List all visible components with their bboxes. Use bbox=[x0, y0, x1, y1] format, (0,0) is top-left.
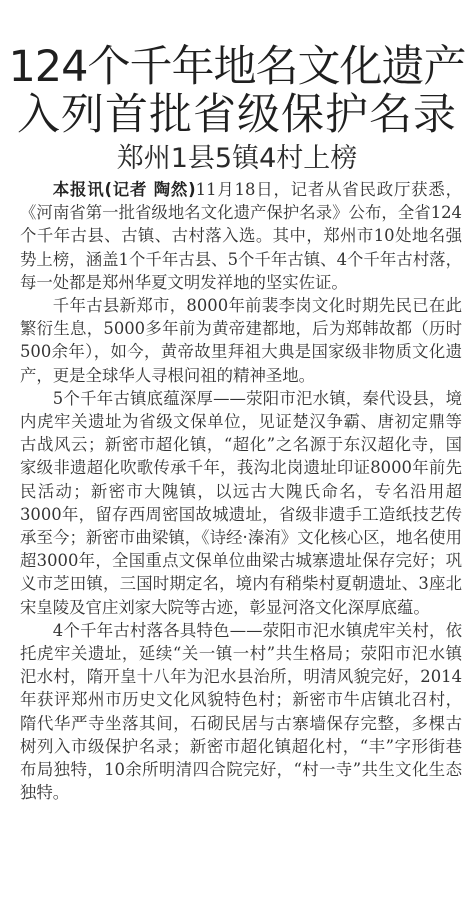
paragraph-4: 4个千年古村落各具特色——荥阳市汜水镇虎牢关村，依托虎牢关遗址，延续“关一镇一村… bbox=[20, 619, 462, 805]
paragraph-2: 千年古县新郑市，8000年前裴李岗文化时期先民已在此繁衍生息，5000多年前为黄… bbox=[20, 294, 462, 387]
dateline-byline: 本报讯(记者 陶然) bbox=[53, 180, 196, 199]
headline-line-1: 124个千年地名文化遗产 bbox=[0, 43, 474, 91]
subtitle: 郑州1县5镇4村上榜 bbox=[0, 142, 474, 176]
paragraph-3: 5个千年古镇底蕴深厚——荥阳市汜水镇，秦代设县，境内虎牢关遗址为省级文保单位，见… bbox=[20, 387, 462, 619]
headline-line-2: 入列首批省级保护名录 bbox=[0, 91, 474, 139]
paragraph-1: 本报讯(记者 陶然)11月18日，记者从省民政厅获悉，《河南省第一批省级地名文化… bbox=[20, 178, 462, 294]
article-body: 本报讯(记者 陶然)11月18日，记者从省民政厅获悉，《河南省第一批省级地名文化… bbox=[20, 178, 462, 804]
